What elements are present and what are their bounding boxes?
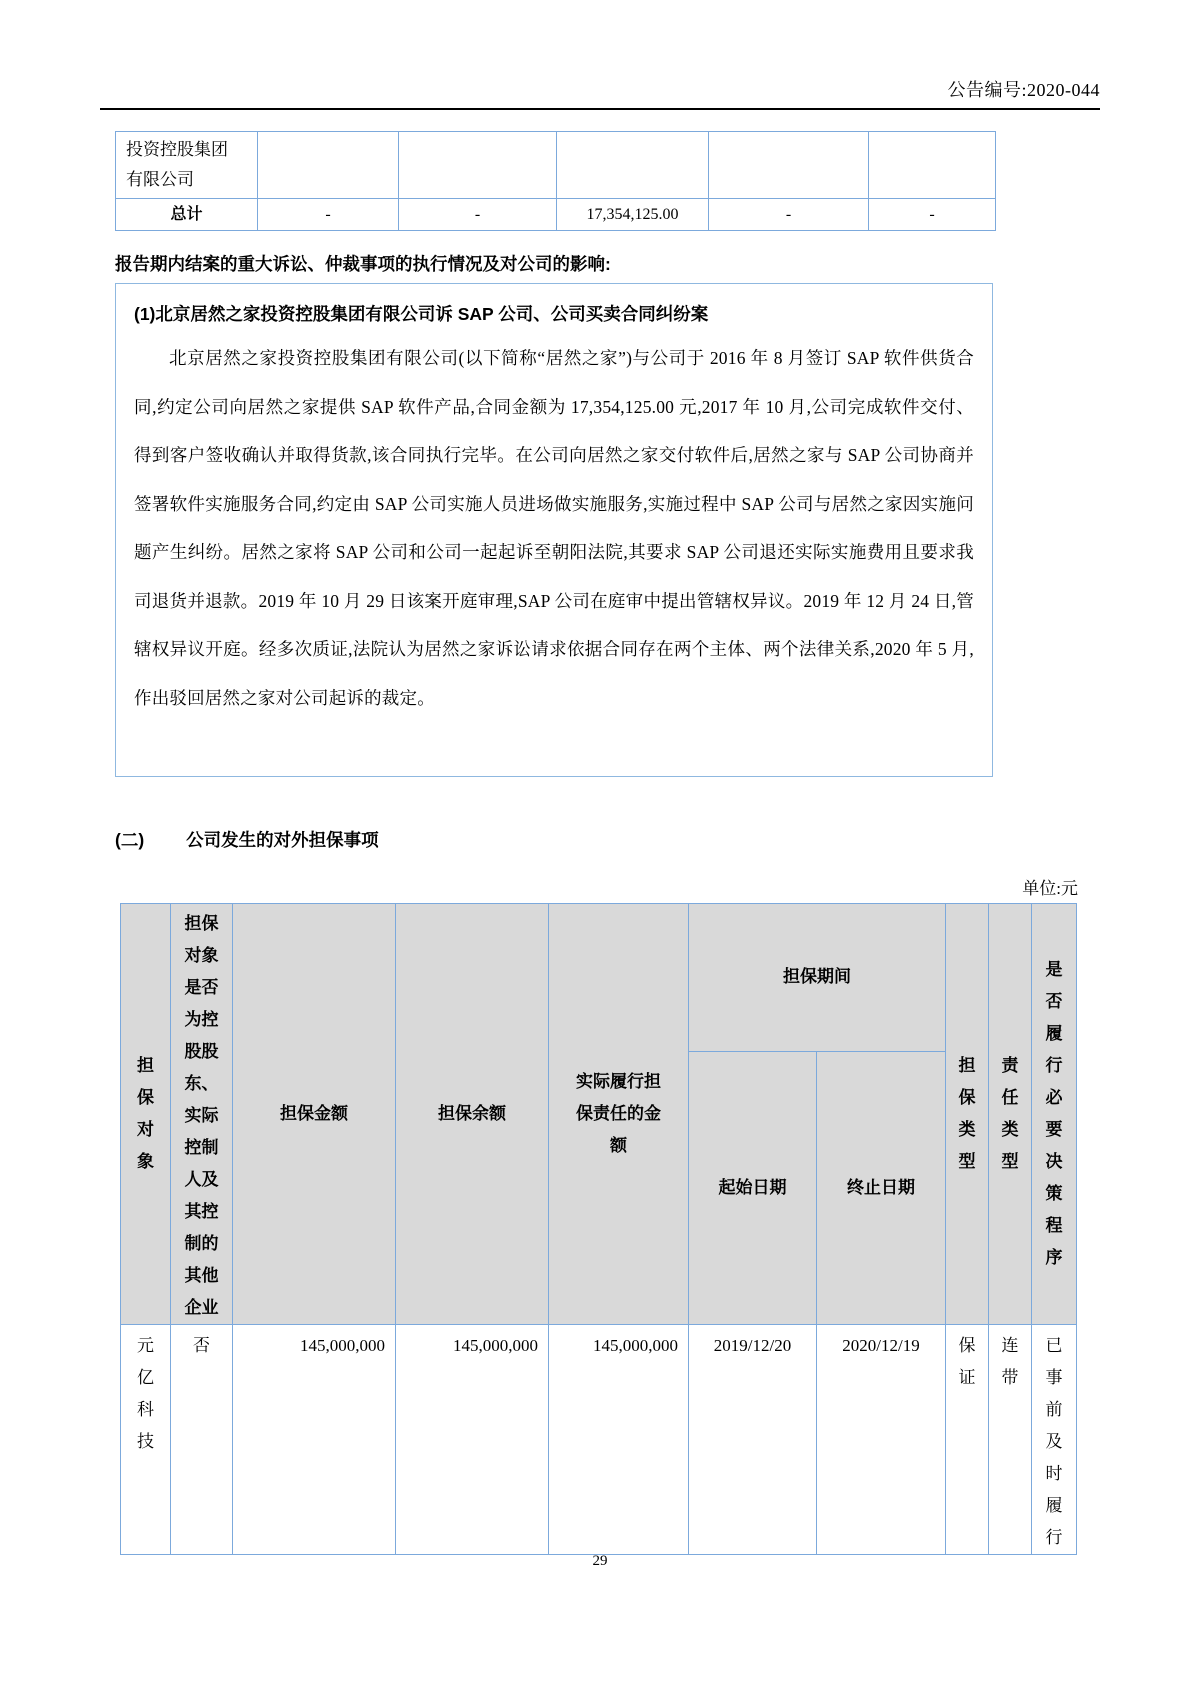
- litigation-section-heading: 报告期内结案的重大诉讼、仲裁事项的执行情况及对公司的影响:: [115, 251, 995, 276]
- announcement-number: 公告编号:2020-044: [948, 76, 1101, 102]
- col-header-type: 担保类型: [946, 904, 989, 1325]
- guarantee-header-row: 担保对象 担保对象是否为控股股东、实际控制人及其控制的其他企业 担保金额 担保余…: [121, 904, 1077, 1052]
- table-row-total: 总计 - - 17,354,125.00 - -: [116, 199, 996, 231]
- guarantee-data-row: 元亿科技 否 145,000,000 145,000,000 145,000,0…: [121, 1325, 1077, 1555]
- table-cell: -: [399, 199, 557, 231]
- table-row: 投资控股集团有限公司: [116, 132, 996, 199]
- table-cell: -: [869, 199, 996, 231]
- table-cell: -: [709, 199, 869, 231]
- cell-end-date: 2020/12/19: [817, 1325, 946, 1555]
- col-header-end-date: 终止日期: [817, 1051, 946, 1324]
- col-header-procedure: 是否履行必要决策程序: [1032, 904, 1077, 1325]
- table-cell: [709, 132, 869, 199]
- document-page: 公告编号:2020-044 投资控股集团有限公司 总计 - - 17,354,1…: [0, 0, 1200, 1696]
- case-box: (1)北京居然之家投资控股集团有限公司诉 SAP 公司、公司买卖合同纠纷案 北京…: [115, 283, 993, 777]
- header-rule: [100, 108, 1100, 110]
- cell-balance: 145,000,000: [396, 1325, 549, 1555]
- cell-amount: 145,000,000: [233, 1325, 396, 1555]
- col-header-balance: 担保余额: [396, 904, 549, 1325]
- cell-target: 元亿科技: [121, 1325, 171, 1555]
- table-cell: -: [258, 199, 399, 231]
- cell-start-date: 2019/12/20: [689, 1325, 817, 1555]
- section-title: 公司发生的对外担保事项: [186, 830, 379, 850]
- case-title: (1)北京居然之家投资控股集团有限公司诉 SAP 公司、公司买卖合同纠纷案: [134, 299, 974, 329]
- section-number: (二): [115, 827, 144, 852]
- cell-performed: 145,000,000: [549, 1325, 689, 1555]
- table-cell: [258, 132, 399, 199]
- total-amount: 17,354,125.00: [557, 199, 709, 231]
- cell-procedure: 已事前及时履行: [1032, 1325, 1077, 1555]
- unit-label: 单位:元: [120, 874, 1078, 899]
- guarantee-table: 担保对象 担保对象是否为控股股东、实际控制人及其控制的其他企业 担保金额 担保余…: [120, 903, 1077, 1555]
- col-header-performed: 实际履行担保责任的金额: [549, 904, 689, 1325]
- col-header-start-date: 起始日期: [689, 1051, 817, 1324]
- table-cell: [557, 132, 709, 199]
- col-header-target: 担保对象: [121, 904, 171, 1325]
- page-number: 29: [0, 1553, 1200, 1570]
- litigation-summary-table: 投资控股集团有限公司 总计 - - 17,354,125.00 - -: [115, 131, 996, 231]
- cell-liability: 连带: [989, 1325, 1032, 1555]
- table-cell: [399, 132, 557, 199]
- col-header-period-group: 担保期间: [689, 904, 946, 1052]
- col-header-liability: 责任类型: [989, 904, 1032, 1325]
- col-header-related: 担保对象是否为控股股东、实际控制人及其控制的其他企业: [171, 904, 233, 1325]
- cell-related: 否: [171, 1325, 233, 1555]
- cell-type: 保证: [946, 1325, 989, 1555]
- case-body: 北京居然之家投资控股集团有限公司(以下简称“居然之家”)与公司于 2016 年 …: [134, 334, 974, 722]
- col-header-amount: 担保金额: [233, 904, 396, 1325]
- table-cell: [869, 132, 996, 199]
- guarantee-section-heading: (二)公司发生的对外担保事项: [115, 827, 379, 852]
- total-label: 总计: [116, 199, 258, 231]
- table-cell-entity: 投资控股集团有限公司: [116, 132, 258, 199]
